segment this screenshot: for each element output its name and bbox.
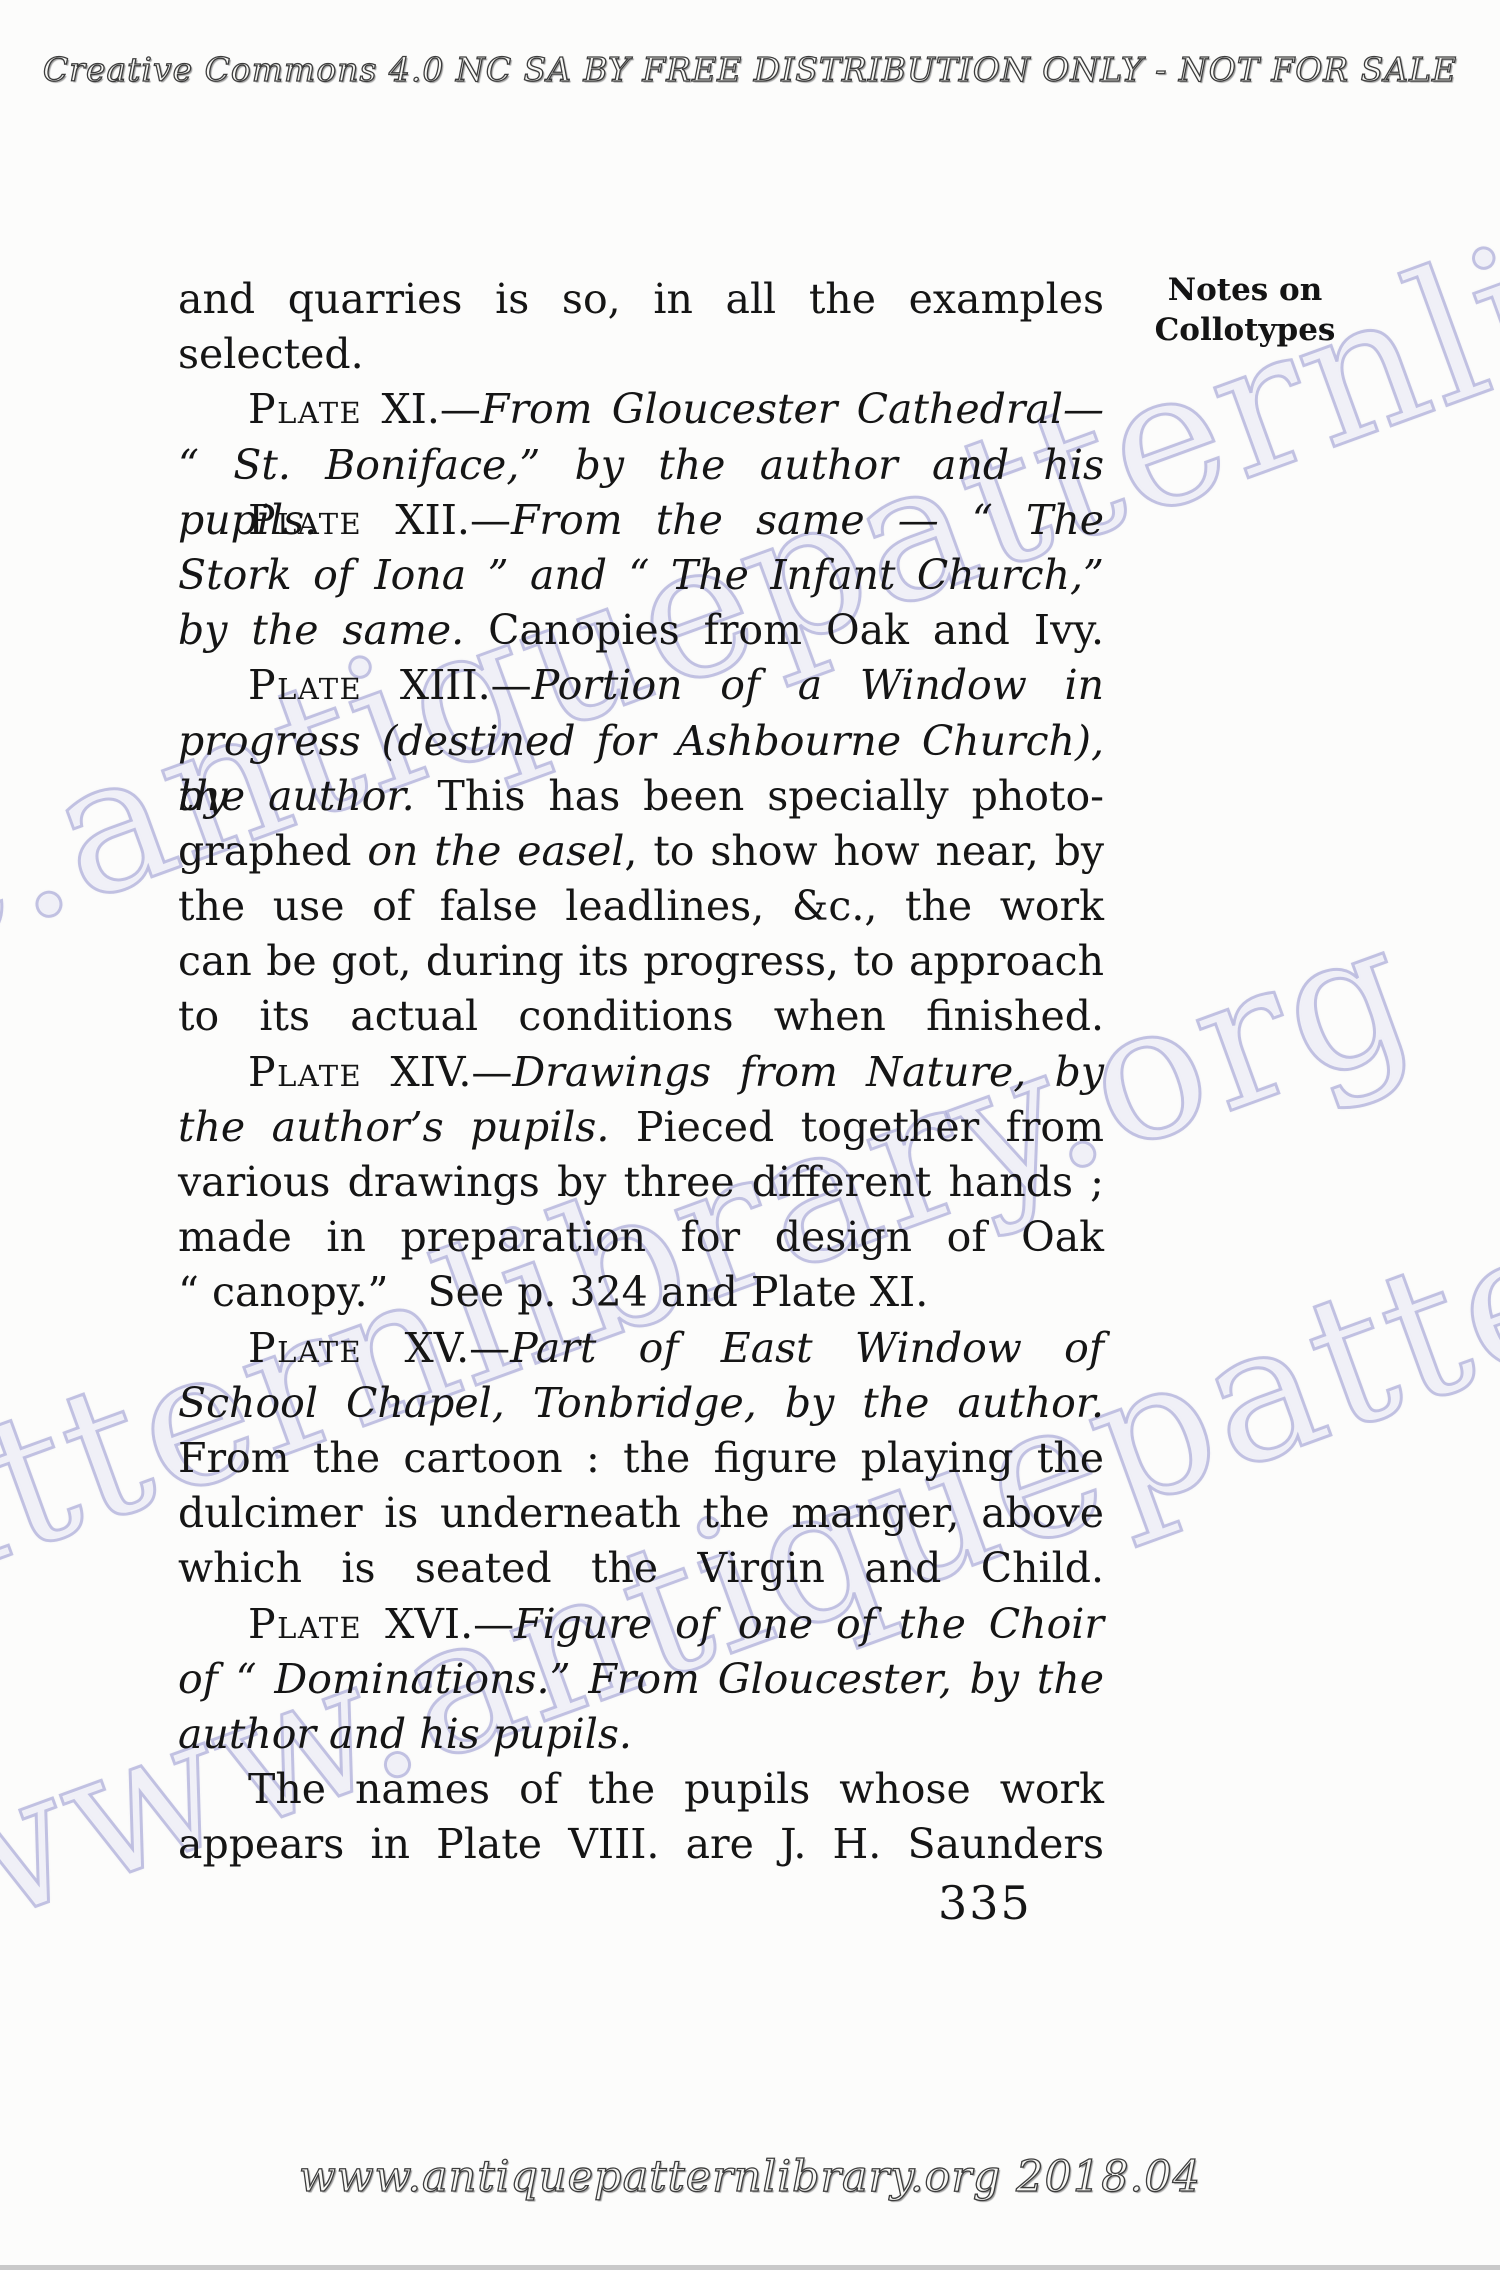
text-line: appears in Plate VIII. are J. H. Saunder…: [178, 1817, 1104, 1872]
text-segment-italic: of “ Dominations.” From Gloucester, by t…: [178, 1655, 1104, 1703]
scan-bottom-edge: [0, 2265, 1500, 2270]
text-segment-roman: dulcimer is underneath the manger, above: [178, 1489, 1104, 1537]
text-segment-italic: by the same.: [178, 606, 464, 654]
text-segment-plate: Plate: [248, 1600, 362, 1648]
text-segment-plate: Plate: [248, 661, 362, 709]
text-segment-italic: the author’s pupils.: [178, 1103, 609, 1151]
text-line: Plate XII.—From the same — “ The: [178, 493, 1104, 548]
text-segment-roman: The names of the pupils whose work: [248, 1765, 1104, 1813]
text-segment-roman: XIV.—: [362, 1048, 512, 1096]
text-segment-plate: Plate: [248, 1048, 362, 1096]
text-segment-roman: XVI.—: [362, 1600, 514, 1648]
text-segment-roman: This has been specially photo-: [415, 772, 1104, 820]
text-line: the author. This has been specially phot…: [178, 769, 1104, 824]
text-segment-roman: which is seated the Virgin and Child.: [178, 1544, 1104, 1592]
text-segment-italic: From the same — “ The: [511, 496, 1104, 544]
text-line: Stork of Iona ” and “ The Infant Church,…: [178, 548, 1104, 603]
text-segment-plate: Plate: [248, 496, 362, 544]
text-segment-italic: School Chapel, Tonbridge, by the author.: [178, 1379, 1104, 1427]
text-segment-roman: to its actual conditions when finished.: [178, 992, 1104, 1040]
text-segment-plate: Plate: [248, 385, 362, 433]
text-line: which is seated the Virgin and Child.: [178, 1541, 1104, 1596]
margin-note-line1: Notes on: [1152, 270, 1338, 310]
text-segment-roman: and quarries is so, in all the examples: [178, 275, 1104, 323]
text-segment-roman: XII.—: [362, 496, 511, 544]
text-line: can be got, during its progress, to appr…: [178, 934, 1104, 989]
text-line: School Chapel, Tonbridge, by the author.: [178, 1376, 1104, 1431]
text-segment-italic: Drawings from Nature, by: [512, 1048, 1104, 1096]
text-line: by the same. Canopies from Oak and Ivy.: [178, 603, 1104, 658]
text-line: author and his pupils.: [178, 1707, 1104, 1762]
text-segment-roman: XI.—: [362, 385, 481, 433]
text-line: Plate XIII.—Portion of a Window in: [178, 658, 1104, 713]
text-segment-roman: appears in Plate VIII. are J. H. Saunder…: [178, 1820, 1104, 1868]
text-line: dulcimer is underneath the manger, above: [178, 1486, 1104, 1541]
text-segment-italic: Portion of a Window in: [532, 661, 1104, 709]
text-line: progress (destined for Ashbourne Church)…: [178, 714, 1104, 769]
body-text-block: and quarries is so, in all the exampless…: [178, 272, 1104, 1872]
margin-note: Notes on Collotypes: [1152, 270, 1338, 350]
text-segment-italic: author and his pupils.: [178, 1710, 632, 1758]
text-line: the use of false leadlines, &c., the wor…: [178, 879, 1104, 934]
text-segment-roman: XIII.—: [362, 661, 531, 709]
text-segment-roman: From the cartoon : the figure playing th…: [178, 1434, 1104, 1482]
text-segment-roman: the use of false leadlines, &c., the wor…: [178, 882, 1104, 930]
text-segment-italic: Stork of Iona ” and “ The Infant Church,…: [178, 551, 1104, 599]
text-line: Plate XV.—Part of East Window of: [178, 1321, 1104, 1376]
text-line: Plate XIV.—Drawings from Nature, by: [178, 1045, 1104, 1100]
text-segment-roman: graphed: [178, 827, 367, 875]
text-line: to its actual conditions when finished.: [178, 989, 1104, 1044]
text-segment-italic: the author.: [178, 772, 415, 820]
text-line: The names of the pupils whose work: [178, 1762, 1104, 1817]
text-segment-roman: Canopies from Oak and Ivy.: [464, 606, 1104, 654]
text-segment-italic: on the easel: [367, 827, 624, 875]
text-segment-roman: selected.: [178, 330, 364, 378]
text-segment-roman: XV.—: [362, 1324, 510, 1372]
text-line: “ St. Boniface,” by the author and his p…: [178, 438, 1104, 493]
text-line: From the cartoon : the figure playing th…: [178, 1431, 1104, 1486]
text-segment-roman: “ canopy.” See p. 324 and Plate XI.: [178, 1268, 928, 1316]
license-header-text: Creative Commons 4.0 NC SA BY FREE DISTR…: [0, 50, 1500, 89]
text-line: of “ Dominations.” From Gloucester, by t…: [178, 1652, 1104, 1707]
text-segment-italic: From Gloucester Cathedral—: [481, 385, 1104, 433]
text-segment-italic: Part of East Window of: [510, 1324, 1104, 1372]
text-line: Plate XVI.—Figure of one of the Choir: [178, 1597, 1104, 1652]
text-segment-italic: Figure of one of the Choir: [514, 1600, 1104, 1648]
scanned-book-page: Creative Commons 4.0 NC SA BY FREE DISTR…: [0, 0, 1500, 2270]
text-segment-roman: made in preparation for design of Oak: [178, 1213, 1104, 1261]
text-line: “ canopy.” See p. 324 and Plate XI.: [178, 1265, 1104, 1320]
text-line: and quarries is so, in all the examples: [178, 272, 1104, 327]
text-segment-roman: Pieced together from: [609, 1103, 1104, 1151]
text-line: made in preparation for design of Oak: [178, 1210, 1104, 1265]
margin-note-line2: Collotypes: [1152, 310, 1338, 350]
text-segment-roman: can be got, during its progress, to appr…: [178, 937, 1104, 985]
text-segment-roman: various drawings by three different hand…: [178, 1158, 1104, 1206]
footer-url-text: www.antiquepatternlibrary.org 2018.04: [0, 2152, 1500, 2202]
text-line: graphed on the easel, to show how near, …: [178, 824, 1104, 879]
text-line: Plate XI.—From Gloucester Cathedral—: [178, 382, 1104, 437]
text-line: selected.: [178, 327, 1104, 382]
text-segment-plate: Plate: [248, 1324, 362, 1372]
text-line: the author’s pupils. Pieced together fro…: [178, 1100, 1104, 1155]
text-line: various drawings by three different hand…: [178, 1155, 1104, 1210]
text-segment-roman: , to show how near, by: [624, 827, 1104, 875]
page-number: 335: [938, 1876, 1032, 1930]
